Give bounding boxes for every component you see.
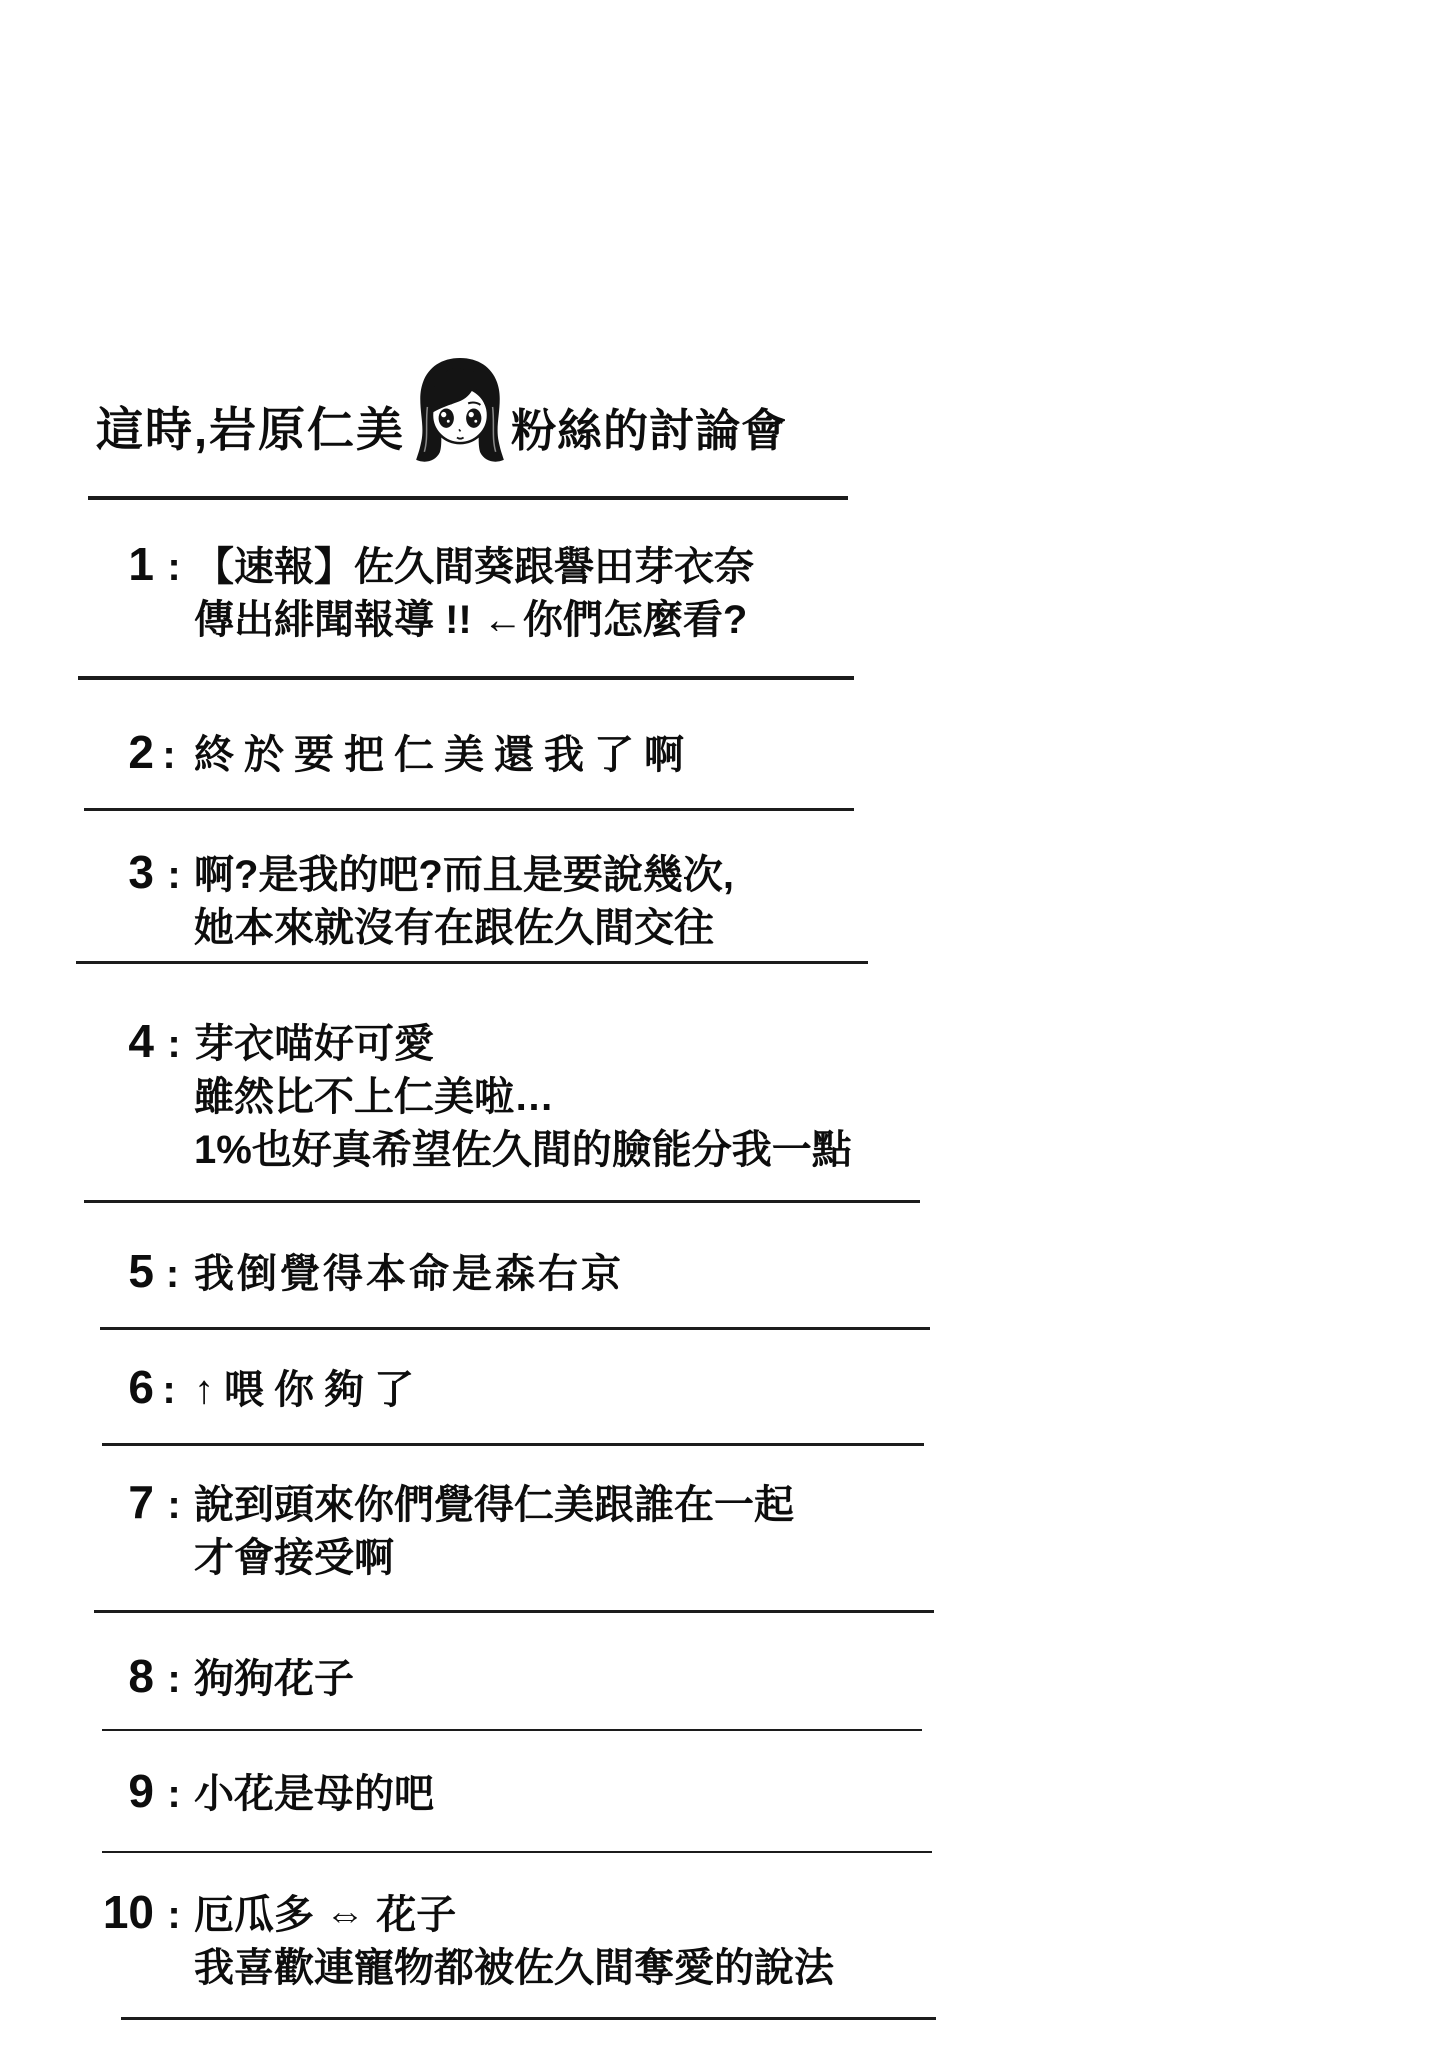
post-colon: :: [154, 1889, 194, 1942]
post-text: 雖然比不上仁美啦…: [194, 1071, 554, 1124]
thread-post: 1:【速報】佐久間葵跟譽田芽衣奈傳出緋聞報導 !! ←你們怎麼看?: [88, 538, 968, 647]
post-number: 10: [88, 1886, 154, 1939]
post-number: 2: [88, 726, 154, 779]
post-text: 啊?是我的吧?而且是要說幾次,: [194, 849, 734, 902]
thread-post: 4:芽衣喵好可愛雖然比不上仁美啦…1%也好真希望佐久間的臉能分我一點: [88, 1015, 968, 1177]
post-number: 9: [88, 1765, 154, 1818]
post-colon: :: [154, 1364, 194, 1417]
board-title: 這時,岩原仁美: [96, 356, 787, 464]
post-colon: :: [154, 849, 194, 902]
post-colon: :: [154, 1479, 194, 1532]
post-divider: [84, 808, 854, 811]
post-divider: [84, 1200, 920, 1203]
girl-avatar-icon: [413, 356, 507, 464]
post-text: 傳出緋聞報導 !! ←你們怎麼看?: [194, 594, 747, 647]
post-text: 狗狗花子: [194, 1653, 354, 1706]
post-number: 5: [88, 1245, 154, 1298]
post-text: ↑喂你夠了: [194, 1364, 424, 1417]
thread-post: 5:我倒覺得本命是森右京: [88, 1245, 968, 1301]
post-divider: [100, 1327, 930, 1330]
post-number: 6: [88, 1361, 154, 1414]
post-colon: :: [154, 1248, 194, 1301]
post-divider: [94, 1610, 934, 1613]
post-divider: [78, 676, 854, 680]
post-text: 小花是母的吧: [194, 1768, 434, 1821]
post-text: 我倒覺得本命是森右京: [194, 1248, 624, 1301]
post-number: 7: [88, 1476, 154, 1529]
post-divider: [121, 2017, 936, 2020]
manga-discussion-page: 這時,岩原仁美: [0, 0, 1445, 2048]
thread-post: 8:狗狗花子: [88, 1650, 968, 1706]
thread-post: 6:↑喂你夠了: [88, 1361, 968, 1417]
post-text: 才會接受啊: [194, 1532, 394, 1585]
post-colon: :: [154, 541, 194, 594]
thread-post: 2:終於要把仁美還我了啊: [88, 726, 968, 782]
post-number: 4: [88, 1015, 154, 1068]
post-text: 她本來就沒有在跟佐久間交往: [194, 902, 714, 955]
post-divider: [76, 961, 868, 964]
thread-post: 9:小花是母的吧: [88, 1765, 968, 1821]
board-title-right: 粉絲的討論會: [511, 404, 787, 464]
post-number: 1: [88, 538, 154, 591]
post-text: 1%也好真希望佐久間的臉能分我一點: [194, 1124, 852, 1177]
post-divider: [102, 1729, 922, 1731]
thread-post: 3:啊?是我的吧?而且是要說幾次,她本來就沒有在跟佐久間交往: [88, 846, 968, 955]
thread-post: 10:厄瓜多 ⇔ 花子我喜歡連寵物都被佐久間奪愛的說法: [88, 1886, 968, 1995]
post-number: 8: [88, 1650, 154, 1703]
post-divider: [102, 1443, 924, 1446]
post-text: 芽衣喵好可愛: [194, 1018, 434, 1071]
post-colon: :: [154, 729, 194, 782]
post-text: 厄瓜多 ⇔ 花子: [194, 1889, 456, 1942]
post-text: 【速報】佐久間葵跟譽田芽衣奈: [194, 541, 754, 594]
title-divider: [88, 496, 848, 500]
post-text: 終於要把仁美還我了啊: [194, 729, 694, 782]
board-title-left: 這時,岩原仁美: [96, 402, 405, 464]
post-text: 說到頭來你們覺得仁美跟誰在一起: [194, 1479, 794, 1532]
thread-post: 7:說到頭來你們覺得仁美跟誰在一起才會接受啊: [88, 1476, 968, 1585]
post-divider: [102, 1851, 932, 1853]
post-colon: :: [154, 1768, 194, 1821]
post-text: 我喜歡連寵物都被佐久間奪愛的說法: [194, 1942, 834, 1995]
post-number: 3: [88, 846, 154, 899]
post-colon: :: [154, 1018, 194, 1071]
post-colon: :: [154, 1653, 194, 1706]
